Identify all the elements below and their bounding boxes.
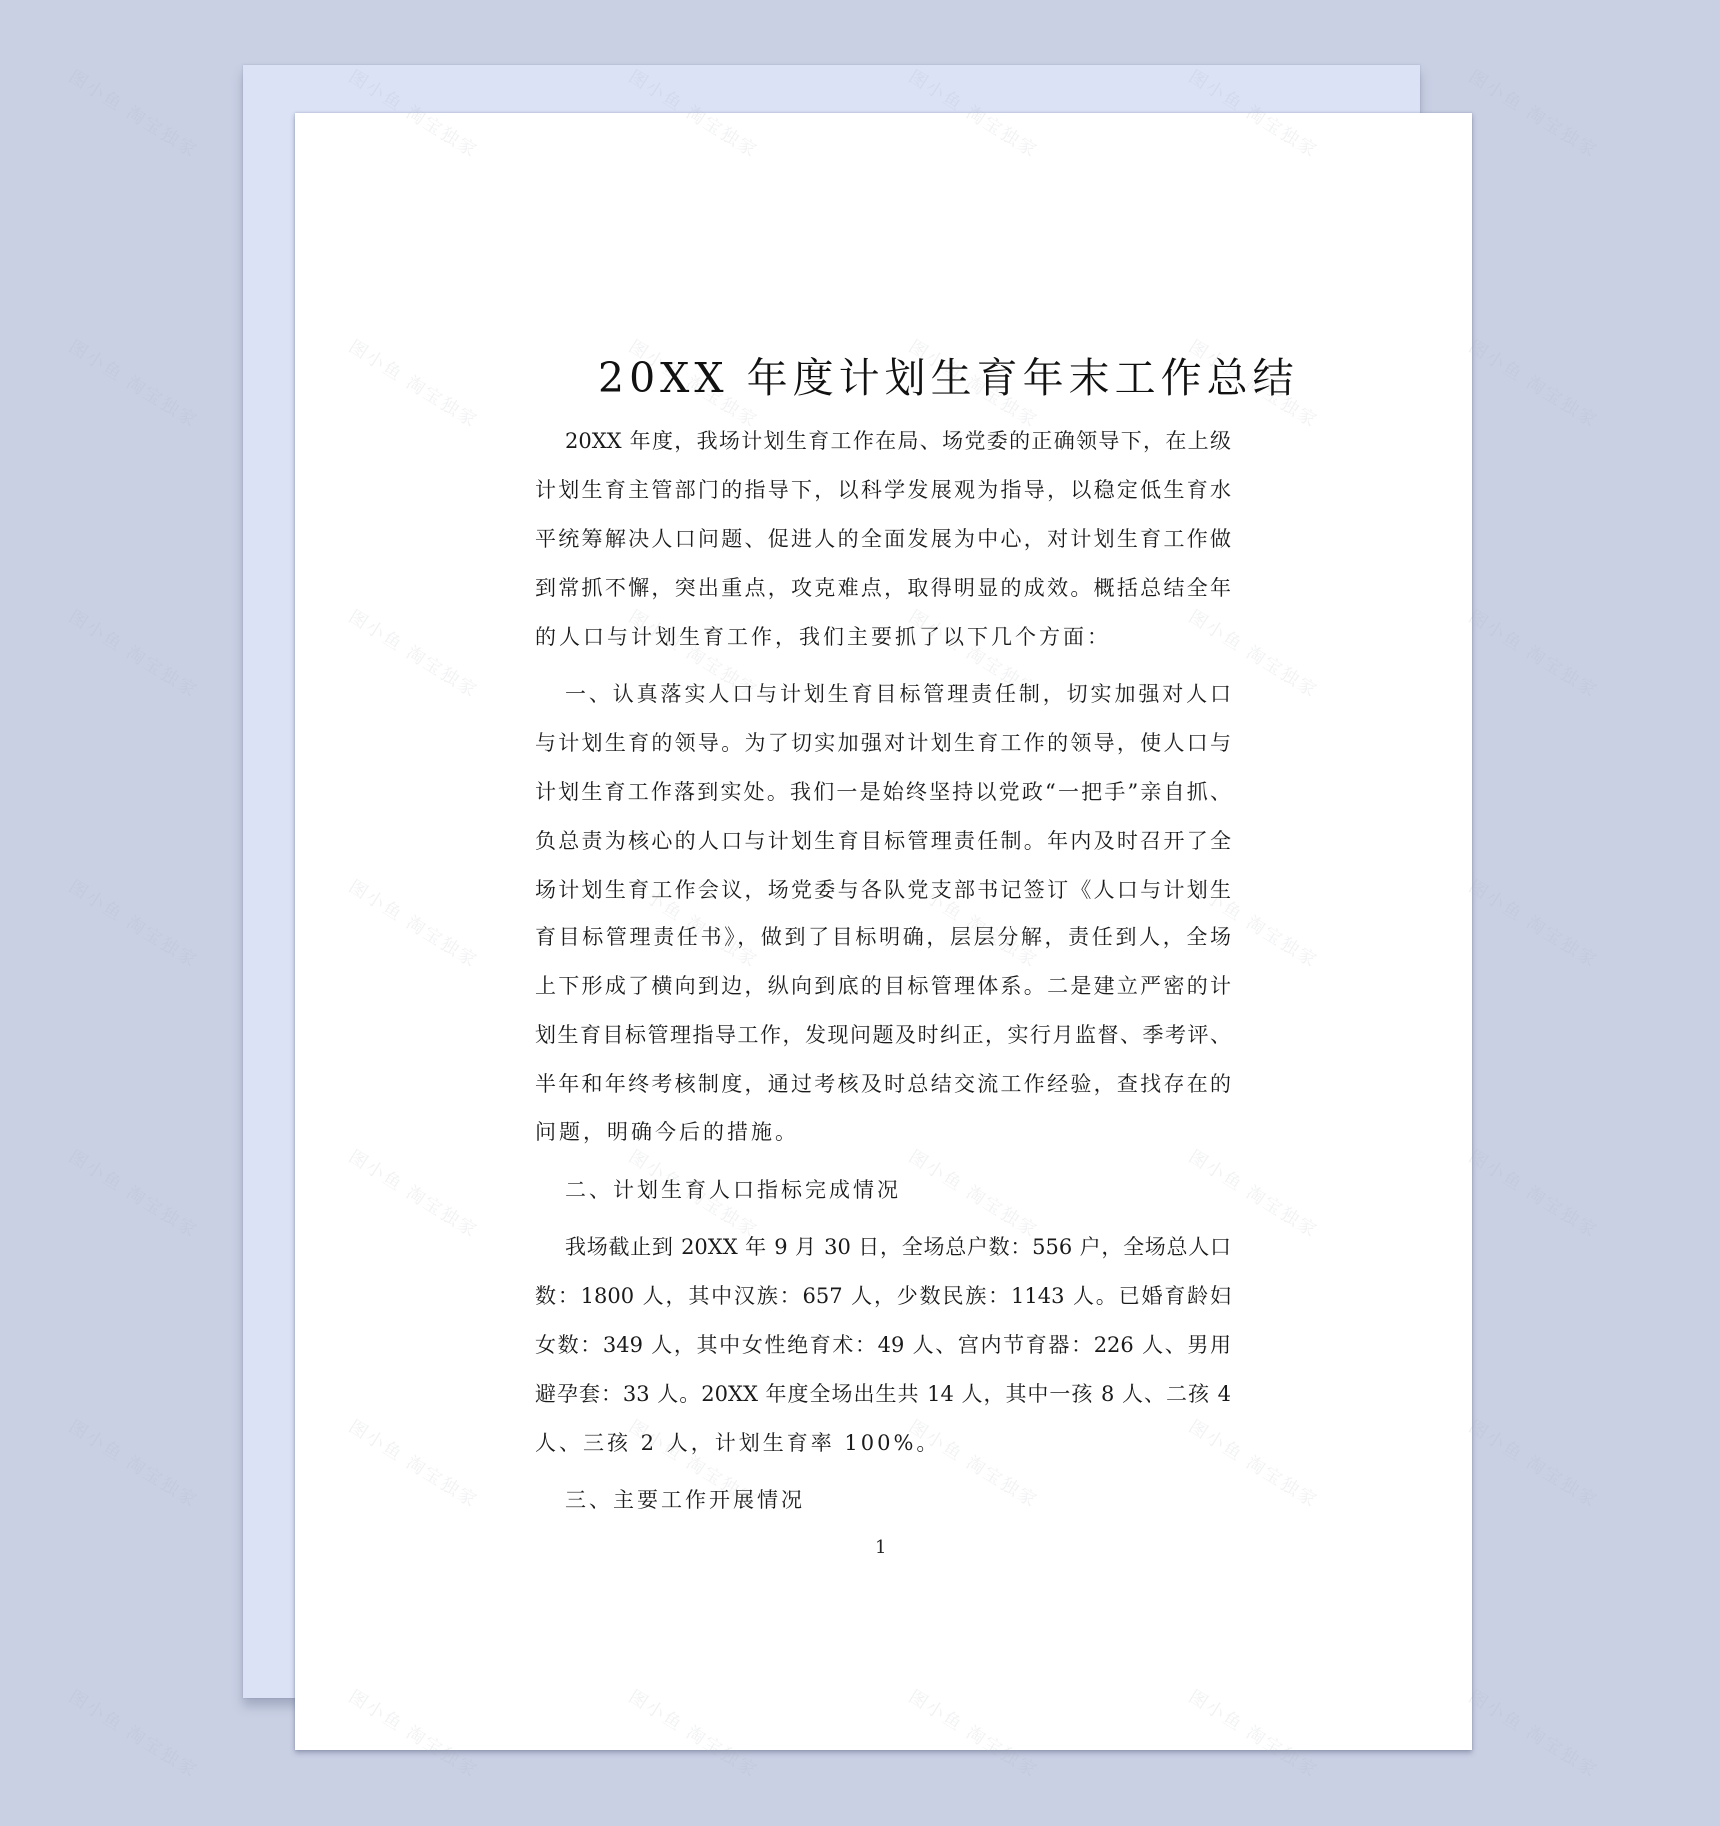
body-text-line: 划生育目标管理指导工作，发现问题及时纠正，实行月监督、季考评、 — [535, 1020, 1231, 1050]
body-text-line: 我场截止到 20XX 年 9 月 30 日，全场总户数：556 户，全场总人口 — [565, 1232, 1231, 1262]
body-text-line: 计划生育工作落到实处。我们一是始终坚持以党政“一把手”亲自抓、 — [535, 777, 1231, 807]
watermark-text: 图小鱼 淘宝独家 — [1464, 63, 1603, 163]
body-text-line: 避孕套：33 人。20XX 年度全场出生共 14 人，其中一孩 8 人、二孩 4 — [535, 1379, 1231, 1409]
watermark-text: 图小鱼 淘宝独家 — [1464, 1143, 1603, 1243]
body-text-line: 计划生育主管部门的指导下，以科学发展观为指导，以稳定低生育水 — [535, 475, 1231, 505]
body-text-line: 问题，明确今后的措施。 — [535, 1117, 1231, 1147]
body-text-line: 人、三孩 2 人，计划生育率 100%。 — [535, 1428, 1231, 1458]
document-title: 20XX 年度计划生育年末工作总结 — [598, 352, 1238, 404]
watermark-text: 图小鱼 淘宝独家 — [64, 1683, 203, 1783]
watermark-text: 图小鱼 淘宝独家 — [64, 1143, 203, 1243]
watermark-text: 图小鱼 淘宝独家 — [1464, 873, 1603, 973]
watermark-text: 图小鱼 淘宝独家 — [64, 63, 203, 163]
watermark-text: 图小鱼 淘宝独家 — [1464, 333, 1603, 433]
body-text-line: 一、认真落实人口与计划生育目标管理责任制，切实加强对人口 — [565, 679, 1231, 709]
body-text-line: 三、主要工作开展情况 — [565, 1485, 1231, 1515]
body-text-line: 二、计划生育人口指标完成情况 — [565, 1175, 1231, 1205]
body-text-line: 平统筹解决人口问题、促进人的全面发展为中心，对计划生育工作做 — [535, 524, 1231, 554]
body-text-line: 20XX 年度，我场计划生育工作在局、场党委的正确领导下，在上级 — [565, 426, 1231, 456]
body-text-line: 半年和年终考核制度，通过考核及时总结交流工作经验，查找存在的 — [535, 1069, 1231, 1099]
body-text-line: 数：1800 人，其中汉族：657 人，少数民族：1143 人。已婚育龄妇 — [535, 1281, 1231, 1311]
body-text-line: 的人口与计划生育工作，我们主要抓了以下几个方面： — [535, 622, 1231, 652]
watermark-text: 图小鱼 淘宝独家 — [1464, 1413, 1603, 1513]
body-text-line: 与计划生育的领导。为了切实加强对计划生育工作的领导，使人口与 — [535, 728, 1231, 758]
body-text-line: 到常抓不懈，突出重点，攻克难点，取得明显的成效。概括总结全年 — [535, 573, 1231, 603]
body-text-line: 女数：349 人，其中女性绝育术：49 人、宫内节育器：226 人、男用 — [535, 1330, 1231, 1360]
body-text-line: 负总责为核心的人口与计划生育目标管理责任制。年内及时召开了全 — [535, 826, 1231, 856]
watermark-text: 图小鱼 淘宝独家 — [1464, 603, 1603, 703]
watermark-text: 图小鱼 淘宝独家 — [1464, 1683, 1603, 1783]
body-text-line: 育目标管理责任书》，做到了目标明确，层层分解，责任到人，全场 — [535, 922, 1231, 952]
body-text-line: 场计划生育工作会议，场党委与各队党支部书记签订《人口与计划生 — [535, 875, 1231, 905]
watermark-text: 图小鱼 淘宝独家 — [64, 603, 203, 703]
watermark-text: 图小鱼 淘宝独家 — [64, 873, 203, 973]
watermark-text: 图小鱼 淘宝独家 — [64, 1413, 203, 1513]
page-number: 1 — [875, 1537, 886, 1558]
body-text-line: 上下形成了横向到边，纵向到底的目标管理体系。二是建立严密的计 — [535, 971, 1231, 1001]
watermark-text: 图小鱼 淘宝独家 — [64, 333, 203, 433]
